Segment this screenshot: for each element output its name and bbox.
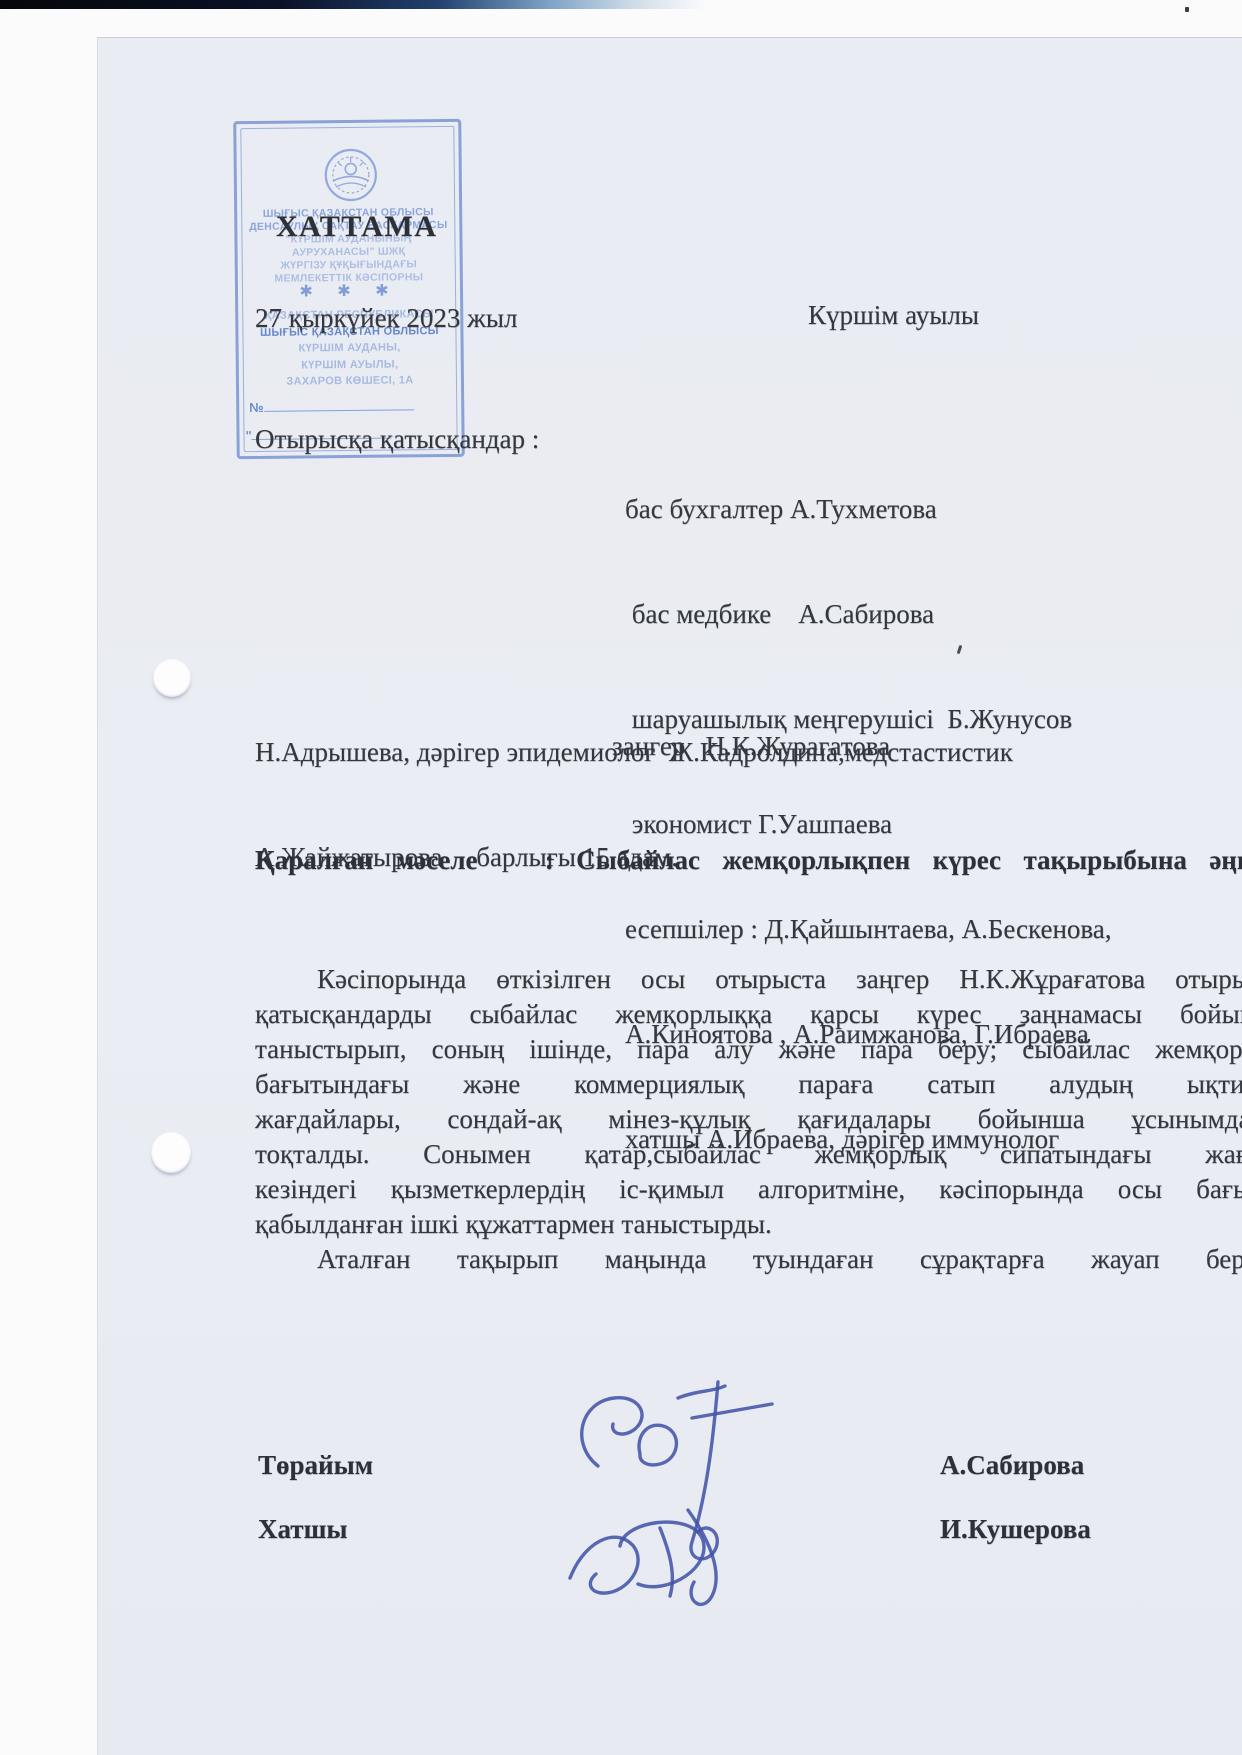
paragraph-line: қатысқандарды сыбайлас жемқорлыққа қарсы… <box>255 997 1242 1032</box>
lawyer-line: заңгер Н.К.Журагатова <box>612 731 890 762</box>
agenda-heading: Қаралған мәселе : Сыбайлас жемқорлықпен … <box>255 845 1242 876</box>
handwritten-signatures <box>540 1370 840 1610</box>
stamp-stars: ✱ ✱ ✱ <box>238 280 460 302</box>
attendees-full-width: Н.Адрышева, дәрігер эпидемиолог Ж.Кадрол… <box>255 665 1013 945</box>
paragraph-line: кезіндегі қызметкерлердің іс-қимыл алгор… <box>255 1172 1242 1207</box>
signature-name-chair: А.Сабирова <box>940 1450 1084 1481</box>
body-paragraph-2: Аталған тақырып маңында туындаған сұрақт… <box>255 1242 1242 1277</box>
attendees-label: Отырысқа қатысқандар : <box>255 424 539 455</box>
scanner-artifact-strip <box>0 0 705 9</box>
document-place: Күршім ауылы <box>808 300 979 331</box>
paragraph-line: тоқталды. Сонымен қатар,сыбайлас жемқорл… <box>255 1137 1242 1172</box>
stamp-number-sign: № <box>249 400 264 415</box>
scanned-document: ШЫҒЫС ҚАЗАҚСТАН ОБЛЫСЫ ДЕНСАУЛЫҚ САҚТАУ … <box>0 0 1242 1755</box>
paragraph-line: қабылданған ішкі құжаттармен таныстырды. <box>255 1207 1242 1242</box>
organization-stamp: ШЫҒЫС ҚАЗАҚСТАН ОБЛЫСЫ ДЕНСАУЛЫҚ САҚТАУ … <box>233 119 465 459</box>
coat-of-arms-icon <box>324 148 379 203</box>
hole-punch-top <box>153 659 191 697</box>
stamp-line: ЗАХАРОВ КӨШЕСІ, 1А <box>243 372 457 391</box>
stamp-number-rule <box>264 397 414 412</box>
paragraph-line: Кәсіпорында өткізілген осы отырыста заңг… <box>255 962 1242 997</box>
signature-name-secretary: И.Кушерова <box>940 1514 1091 1545</box>
attendee-line: бас бухгалтер А.Тухметова <box>625 492 1112 527</box>
attendee-line: бас медбике А.Сабирова <box>625 597 1112 632</box>
paragraph-line: таныстырып, соның ішінде, пара алу және … <box>255 1032 1242 1067</box>
document-date: 27 қыркүйек 2023 жыл <box>255 303 517 334</box>
signature-role-chair: Төрайым <box>258 1450 373 1481</box>
paragraph-line: бағытындағы және коммерциялық параға сат… <box>255 1067 1242 1102</box>
paragraph-line: жағдайлары, сондай-ақ мінез-құлық қағида… <box>255 1102 1242 1137</box>
hole-punch-bottom <box>151 1132 191 1173</box>
body-paragraph-1: Кәсіпорында өткізілген осы отырыста заңг… <box>255 962 1242 1242</box>
signature-role-secretary: Хатшы <box>258 1514 347 1545</box>
document-title: ХАТТАМА <box>276 210 437 244</box>
stamp-number-line: № <box>249 397 414 415</box>
signature-ink-chair <box>582 1382 772 1559</box>
noise-speck <box>1185 7 1189 12</box>
